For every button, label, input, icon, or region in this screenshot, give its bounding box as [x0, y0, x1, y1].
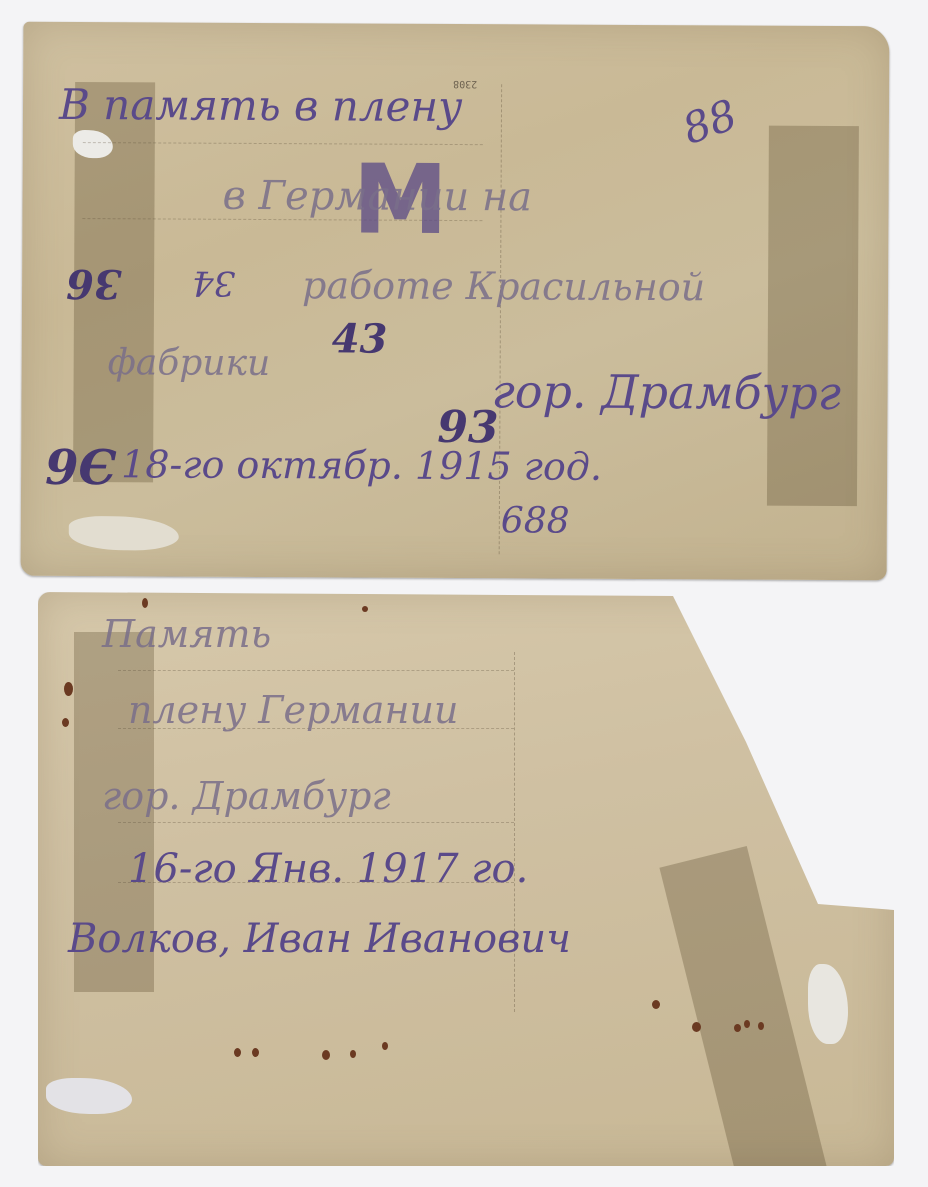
stain-spot: [734, 1024, 741, 1032]
stain-spot: [652, 1000, 660, 1009]
postcard-top: 2308 M В память в плену в Германии на ра…: [21, 22, 890, 581]
inscription-line-1: В память в плену: [59, 80, 463, 131]
inscription-line-2: в Германии на: [222, 173, 532, 221]
tape-strip-right: [659, 846, 826, 1166]
tape-strip-right: [767, 126, 859, 506]
number-43: 43: [332, 315, 388, 362]
stain-spot: [758, 1022, 764, 1030]
number-93: 93: [437, 402, 499, 453]
stain-spot: [142, 598, 148, 608]
inscription-line-2: плену Германии: [128, 688, 458, 732]
guide-line: [118, 822, 514, 823]
inscription-date: 16-го Янв. 1917 го.: [128, 846, 528, 892]
number-88: 88: [676, 90, 743, 154]
number-9e: 9Є: [45, 440, 117, 496]
torn-patch: [69, 516, 179, 551]
stain-spot: [322, 1050, 330, 1060]
stain-spot: [234, 1048, 241, 1057]
torn-patch: [46, 1078, 132, 1114]
postcard-bottom: Память плену Германии гор. Драмбург 16-г…: [38, 592, 894, 1166]
stain-spot: [350, 1050, 356, 1058]
inscription-date: 18-го октябр. 1915 год.: [121, 442, 602, 489]
number-36: 36: [66, 260, 122, 307]
stain-spot: [692, 1022, 701, 1032]
stain-spot: [62, 718, 69, 727]
stain-spot: [64, 682, 73, 696]
stain-spot: [382, 1042, 388, 1050]
inscription-line-4: фабрики: [108, 342, 271, 384]
inscription-line-3: работе Красильной: [302, 263, 705, 309]
number-688: 688: [501, 500, 570, 541]
guide-line: [118, 670, 514, 671]
inscription-line-3: гор. Драмбург: [102, 774, 391, 818]
stain-spot: [744, 1020, 750, 1028]
inscription-name: Волков, Иван Иванович: [68, 916, 571, 962]
number-34: 34: [192, 263, 235, 303]
stain-spot: [362, 606, 368, 612]
torn-patch: [808, 964, 848, 1044]
stain-spot: [252, 1048, 259, 1057]
inscription-line-1: Память: [102, 612, 271, 656]
inscription-line-5: гор. Драмбург: [491, 364, 841, 420]
